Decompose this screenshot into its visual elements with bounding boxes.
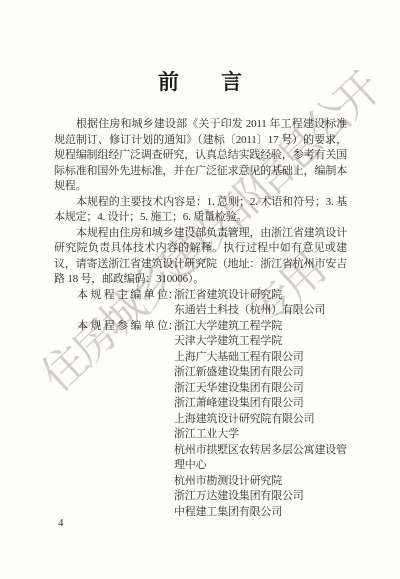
chief-editor-label: 本 规 程 主 编 单 位： bbox=[77, 288, 174, 319]
paragraph-management: 本规程由住房和城乡建设部负责管理，由浙江省建筑设计研究院负责具体技术内容的解释。… bbox=[54, 226, 347, 288]
preface-body: 根据住房和城乡建设部《关于印发 2011 年工程建设标准规范制订、修订计划的通知… bbox=[54, 117, 347, 520]
participants-label: 本 规 程 参 编 单 位： bbox=[77, 319, 174, 521]
participant-unit: 天津大学建筑工程学院 bbox=[174, 334, 347, 350]
page-number: 4 bbox=[58, 517, 64, 529]
participant-unit: 中程建工集团有限公司 bbox=[174, 505, 347, 521]
document-page: 住房城乡建设部信息公开 专用 前 言 根据住房和城乡建设部《关于印发 2011 … bbox=[0, 0, 400, 579]
participant-unit: 浙江天华建设集团有限公司 bbox=[174, 381, 347, 397]
participants-units: 浙江大学建筑工程学院 天津大学建筑工程学院 上海广大基础工程有限公司 浙江新盛建… bbox=[174, 319, 347, 521]
participant-unit: 浙江工业大学 bbox=[174, 427, 347, 443]
chief-editor-units: 浙江省建筑设计研究院 东通岩土科技（杭州）有限公司 bbox=[174, 288, 347, 319]
paragraph-basis: 根据住房和城乡建设部《关于印发 2011 年工程建设标准规范制订、修订计划的通知… bbox=[54, 117, 347, 195]
participant-unit: 杭州市勘测设计研究院 bbox=[174, 474, 347, 490]
participant-unit: 上海建筑设计研究院有限公司 bbox=[174, 412, 347, 428]
chief-editor-row: 本 规 程 主 编 单 位： 浙江省建筑设计研究院 东通岩土科技（杭州）有限公司 bbox=[77, 288, 347, 319]
chief-editor-unit: 浙江省建筑设计研究院 bbox=[174, 288, 347, 304]
participant-unit: 浙江万达建设集团有限公司 bbox=[174, 489, 347, 505]
participant-unit: 浙江大学建筑工程学院 bbox=[174, 319, 347, 335]
participants-row: 本 规 程 参 编 单 位： 浙江大学建筑工程学院 天津大学建筑工程学院 上海广… bbox=[77, 319, 347, 521]
participant-unit: 浙江萧峰建设集团有限公司 bbox=[174, 396, 347, 412]
participant-unit: 浙江新盛建设集团有限公司 bbox=[174, 365, 347, 381]
page-title: 前 言 bbox=[0, 66, 400, 96]
chief-editor-unit: 东通岩土科技（杭州）有限公司 bbox=[174, 303, 347, 319]
participant-unit: 上海广大基础工程有限公司 bbox=[174, 350, 347, 366]
paragraph-contents: 本规程的主要技术内容是：1. 总则；2. 术语和符号；3. 基本规定；4. 设计… bbox=[54, 195, 347, 226]
participant-unit: 杭州市拱墅区农转居多层公寓建设管理中心 bbox=[174, 443, 347, 474]
